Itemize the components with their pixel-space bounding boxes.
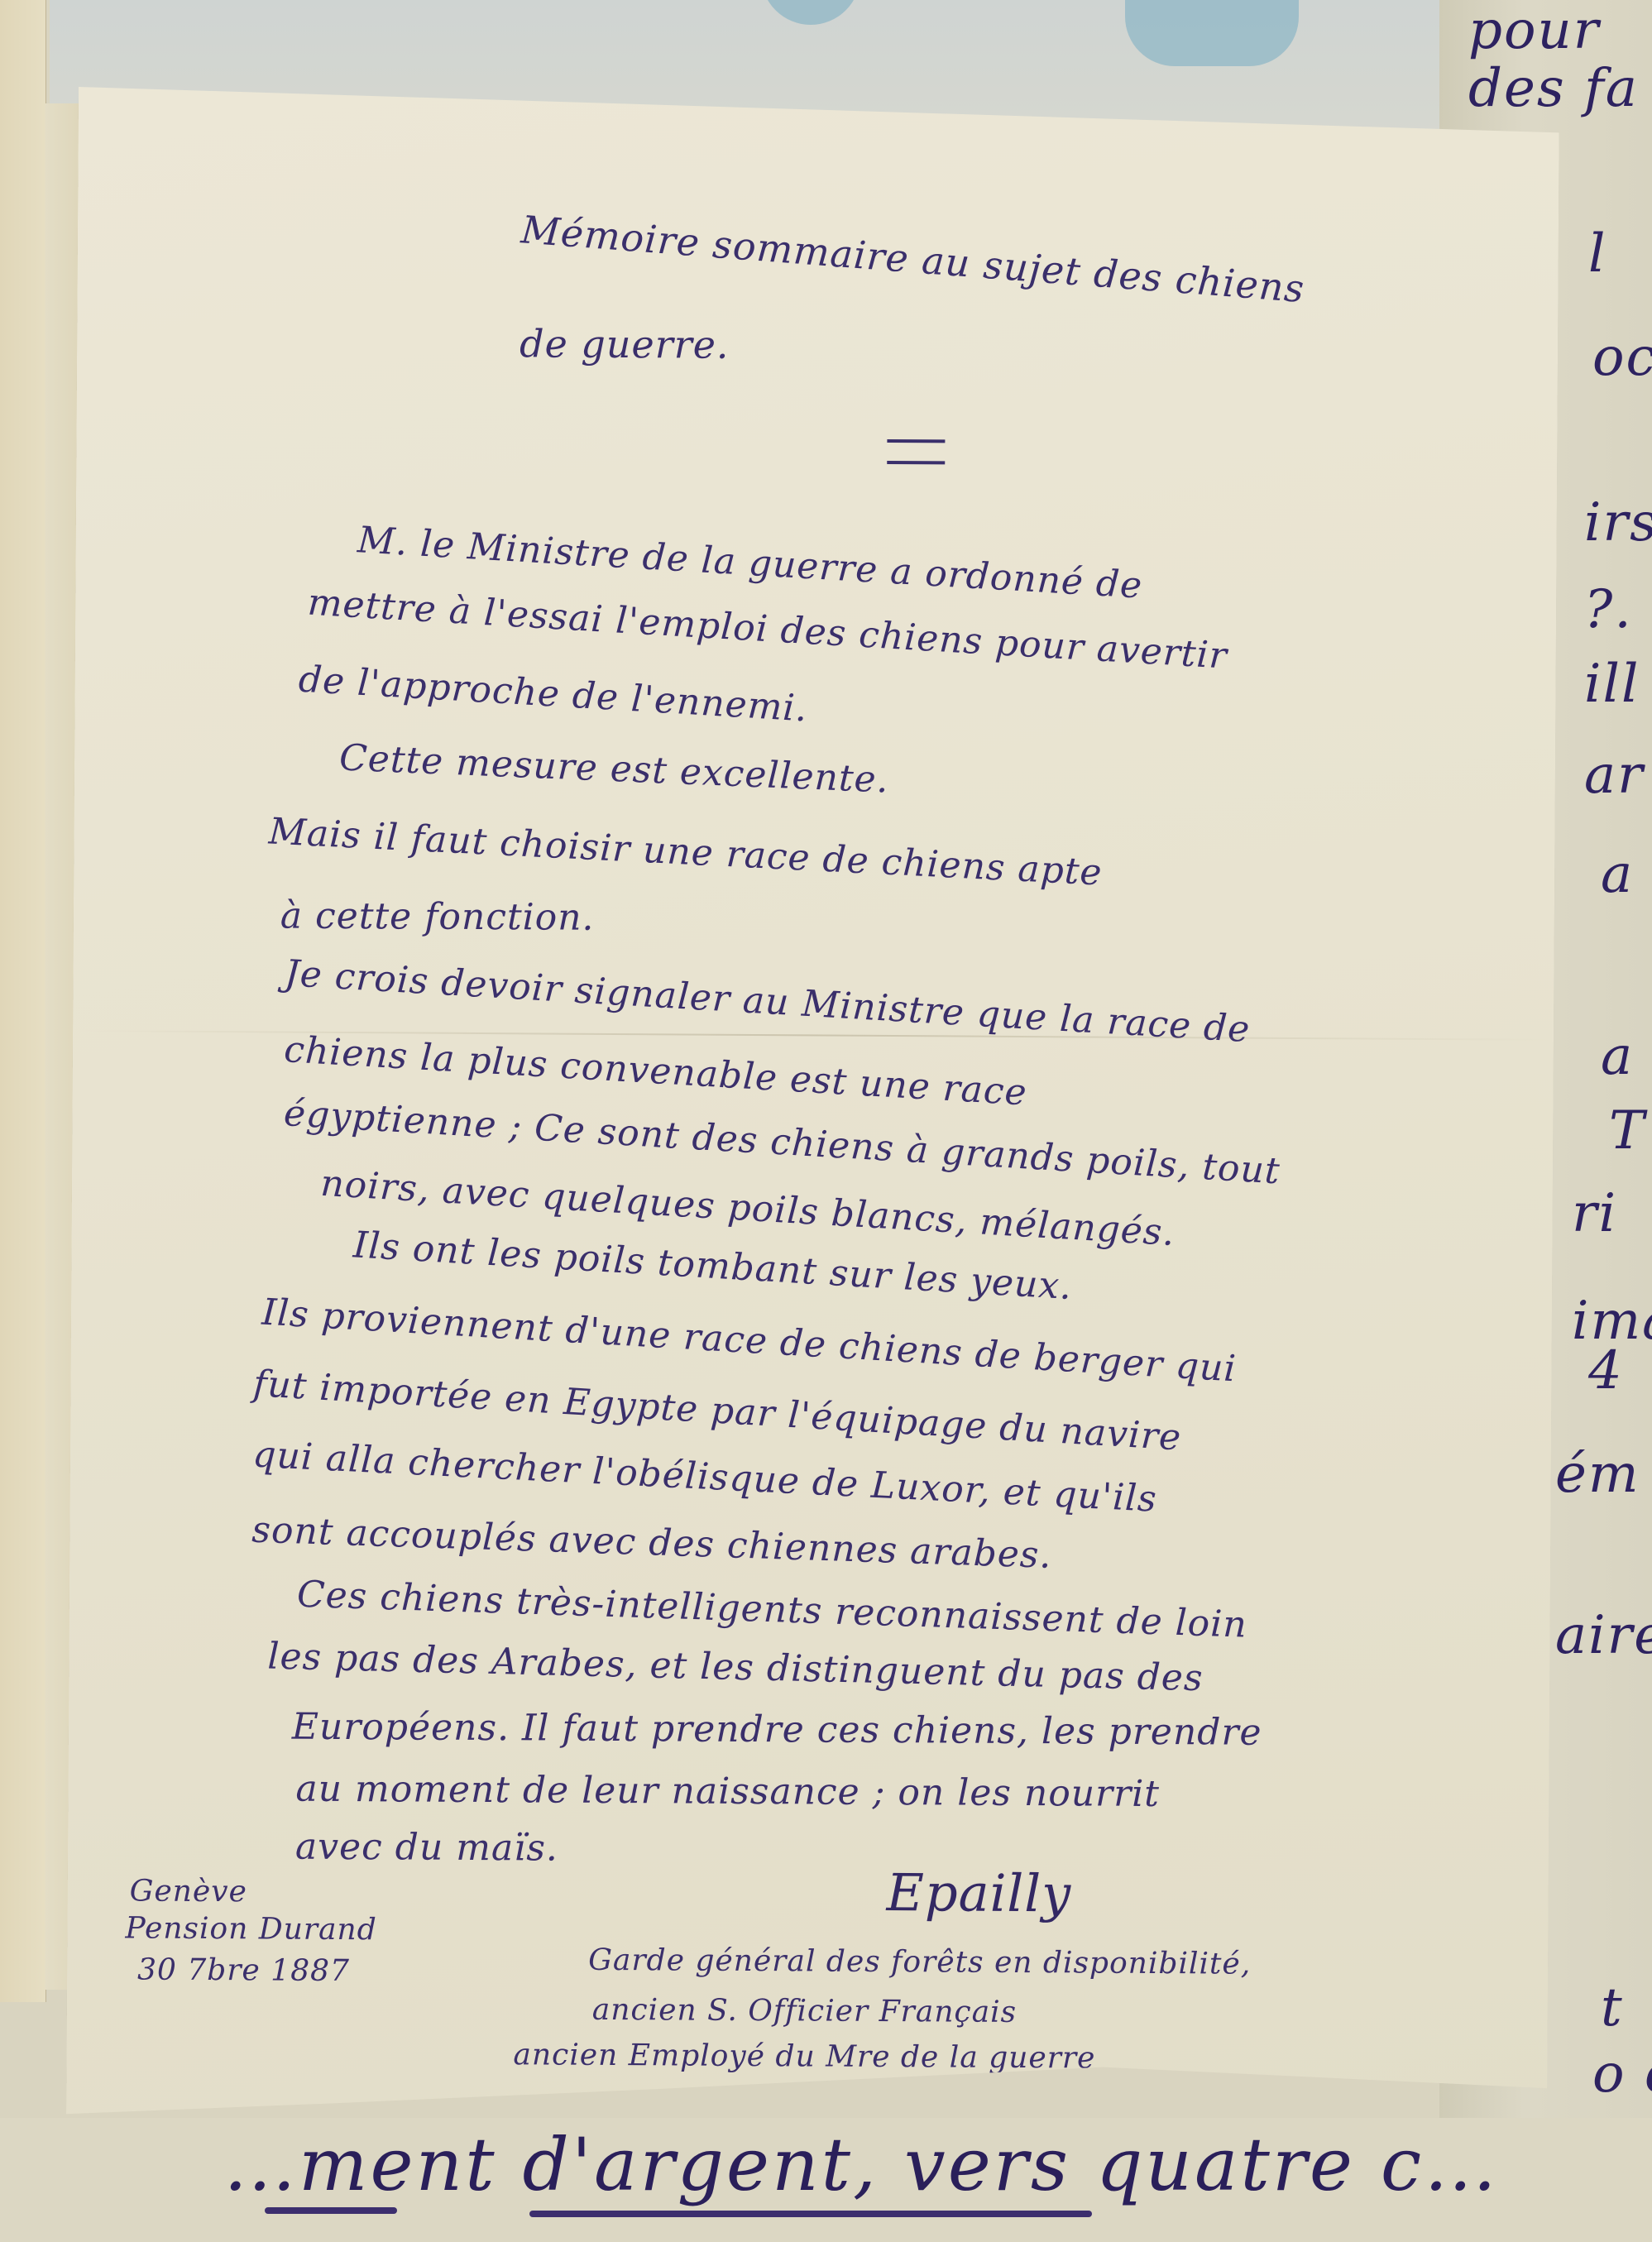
background-handwriting: l <box>1588 223 1607 285</box>
background-handwriting: ri <box>1572 1183 1617 1244</box>
letter-sheet: Mémoire sommaire au sujet des chiens de … <box>66 87 1559 2139</box>
body-line: Ces chiens très-intelligents reconnaisse… <box>296 1574 1247 1646</box>
background-handwriting: …ment d'argent, vers quatre c… <box>223 2122 1499 2207</box>
body-line: Européens. Il faut prendre ces chiens, l… <box>292 1706 1262 1754</box>
document-title-line-1: Mémoire sommaire au sujet des chiens <box>520 207 1306 311</box>
signature-title-line: ancien S. Officier Français <box>592 1993 1018 2029</box>
background-handwriting: 4 <box>1588 1340 1624 1401</box>
background-handwriting: ?. <box>1584 579 1633 640</box>
background-handwriting: ém <box>1555 1444 1640 1505</box>
body-line: les pas des Arabes, et les distinguent d… <box>267 1636 1204 1700</box>
body-line: avec du maïs. <box>295 1826 558 1870</box>
background-handwriting: ill <box>1584 654 1640 715</box>
background-handwriting: des fa <box>1468 58 1639 119</box>
background-handwriting: a <box>1601 844 1634 905</box>
body-line: à cette fonction. <box>280 895 595 939</box>
background-handwriting: oc <box>1592 327 1652 388</box>
place-city: Genève <box>130 1874 247 1909</box>
background-handwriting: ar <box>1584 745 1645 806</box>
body-line: Mais il faut choisir une race de chiens … <box>268 810 1104 893</box>
background-handwriting: aire <box>1555 1605 1652 1666</box>
body-line: Cette mesure est excellente. <box>338 736 889 801</box>
place-address: Pension Durand <box>125 1911 377 1947</box>
signature-name: Epailly <box>886 1862 1071 1923</box>
signature-title-line: ancien Employé du Mre de la guerre <box>513 2038 1095 2075</box>
blue-ink-stain <box>1125 0 1299 66</box>
title-separator <box>887 439 945 464</box>
background-handwriting: t <box>1601 1977 1624 2038</box>
background-handwriting: pour <box>1468 0 1600 61</box>
letter-date: 30 7bre 1887 <box>137 1952 350 1988</box>
signature-title-line: Garde général des forêts en disponibilit… <box>588 1943 1251 1981</box>
blue-ink-stain <box>761 0 860 25</box>
body-line: au moment de leur naissance ; on les nou… <box>295 1768 1160 1815</box>
background-handwriting: a <box>1601 1026 1634 1087</box>
body-line: sont accouplés avec des chiennes arabes. <box>251 1509 1053 1577</box>
body-line: de l'approche de l'ennemi. <box>298 659 809 731</box>
background-handwriting: T <box>1609 1100 1646 1162</box>
ink-underline <box>529 2211 1092 2217</box>
background-handwriting: o c <box>1592 2043 1652 2105</box>
document-title-line-2: de guerre. <box>520 321 730 367</box>
background-left-paper-edge <box>0 0 46 2002</box>
background-handwriting: irs <box>1584 492 1652 553</box>
ink-underline <box>265 2207 397 2214</box>
